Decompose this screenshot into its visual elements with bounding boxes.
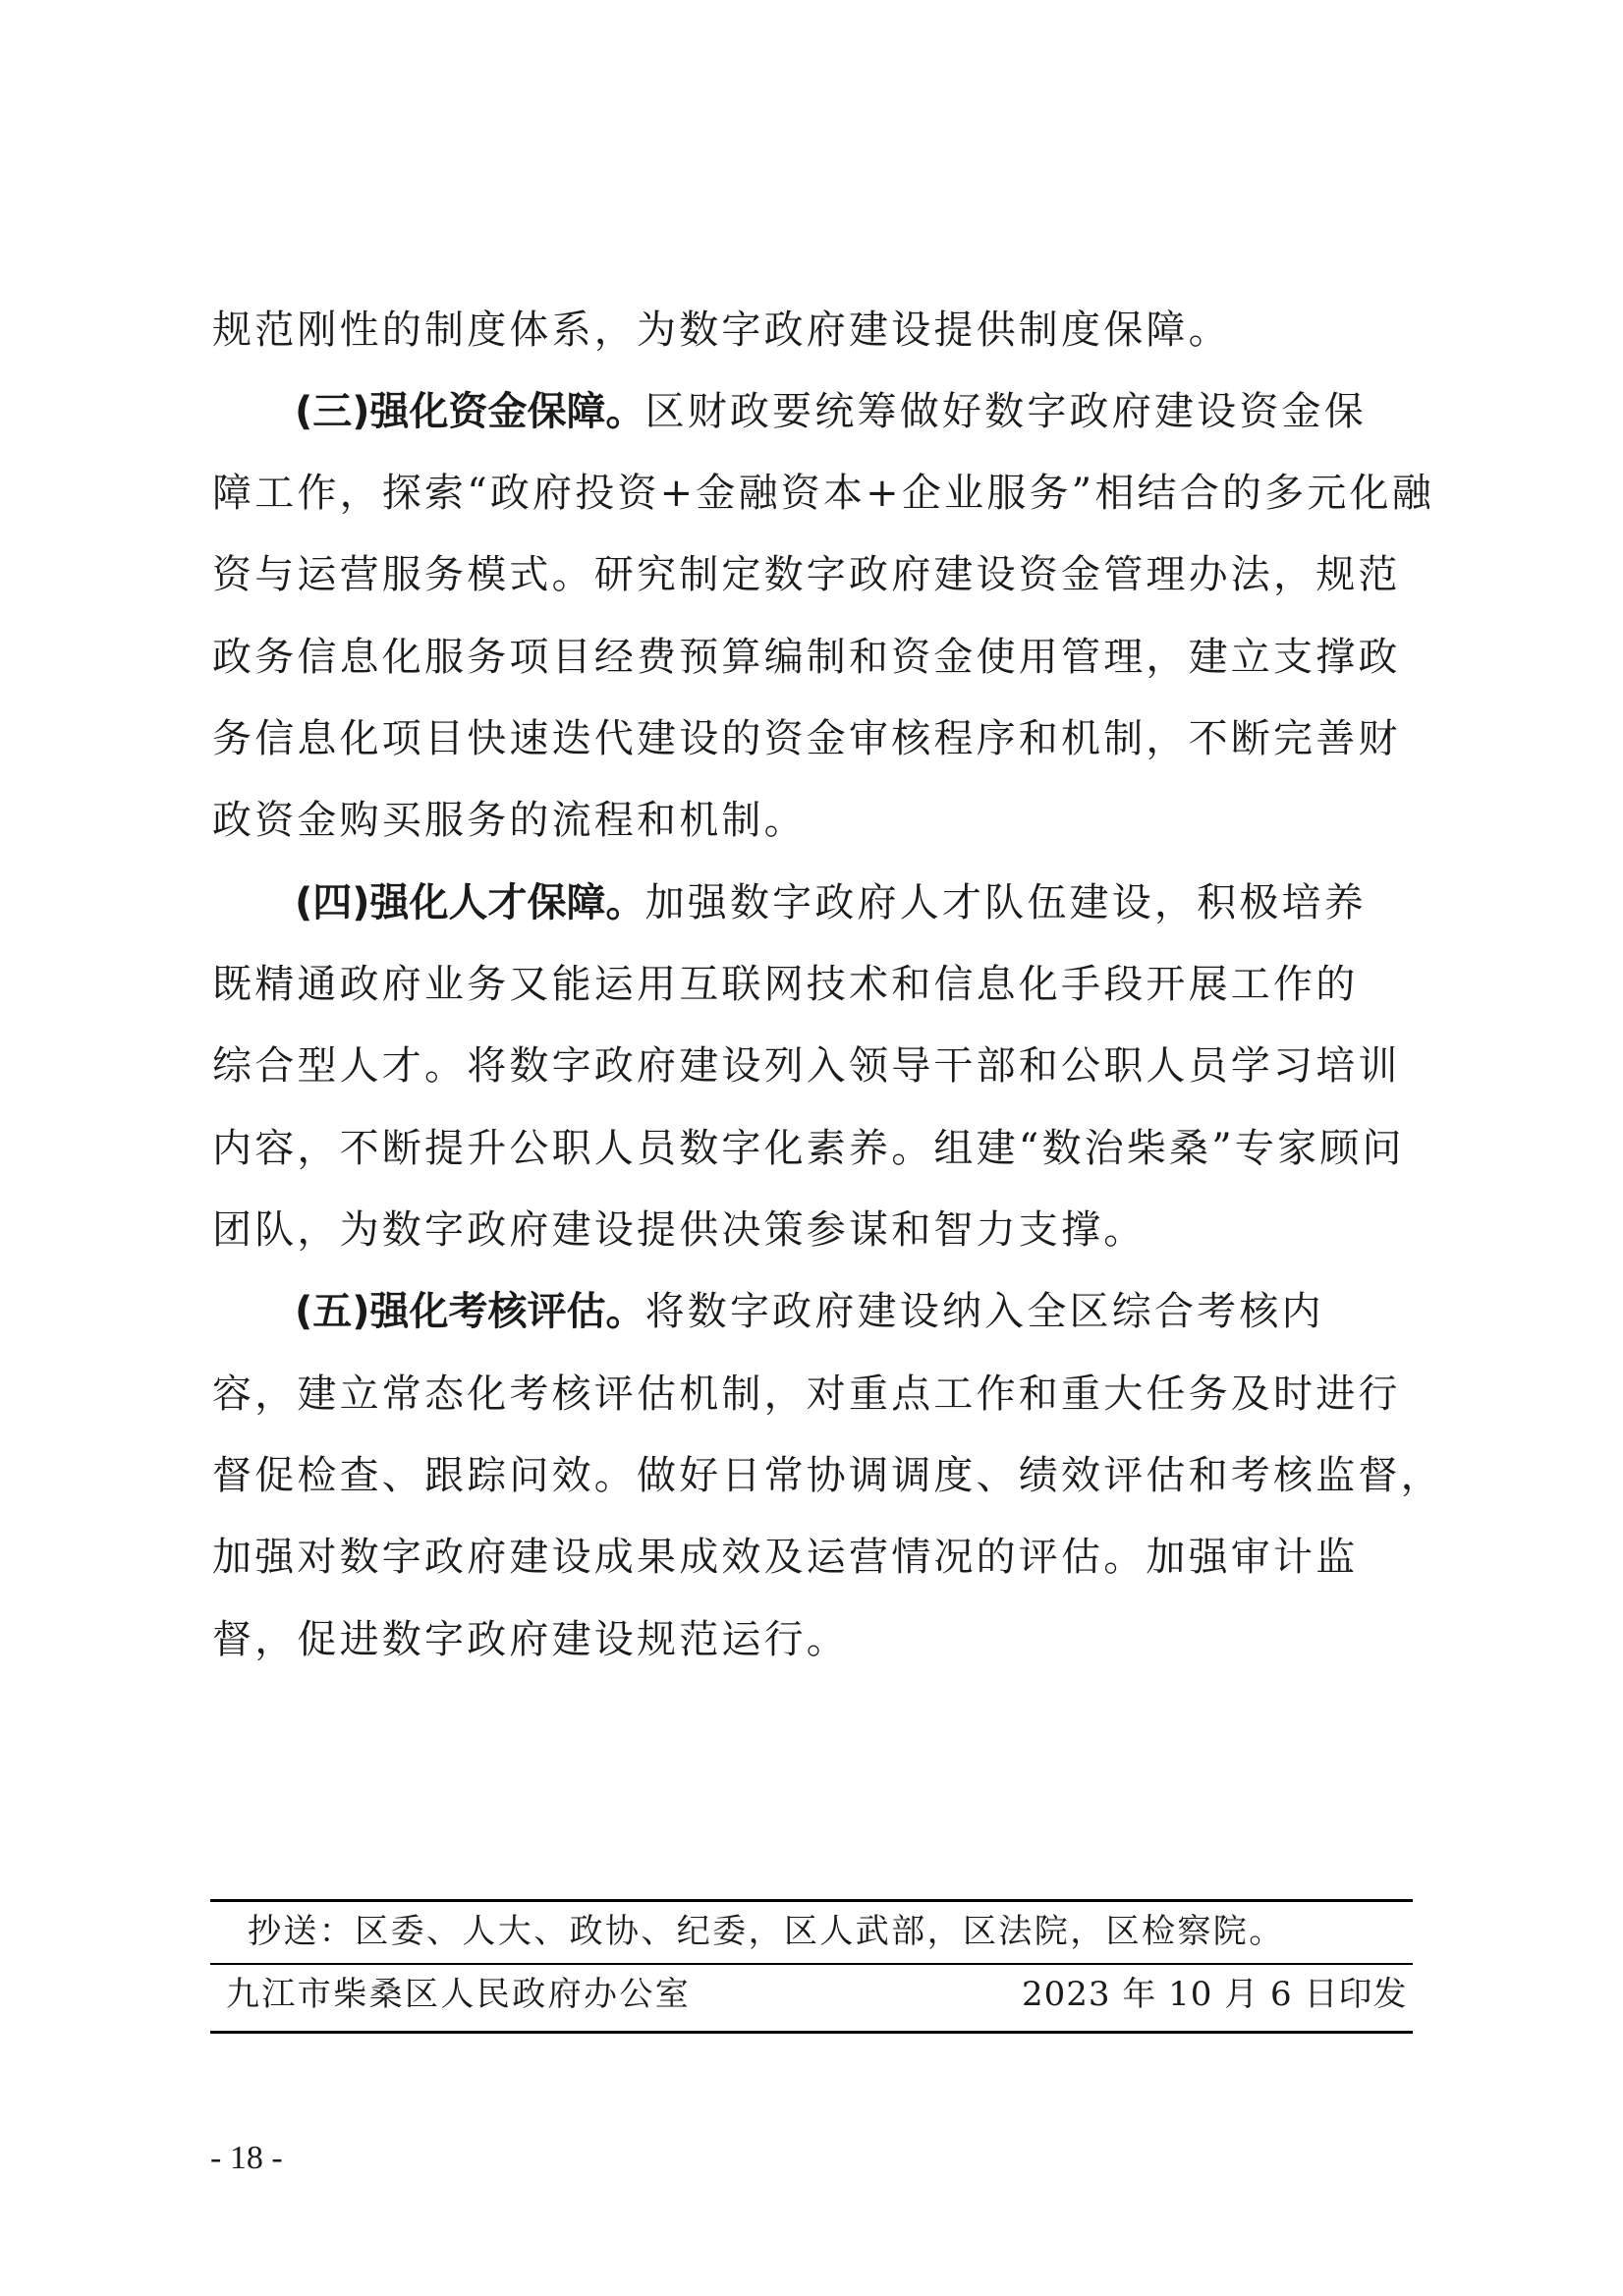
body-line: 团队，为数字政府建设提供决策参谋和智力支撑。 [212, 1206, 1421, 1254]
body-line: 督，促进数字政府建设规范运行。 [212, 1616, 1421, 1663]
document-page: 规范刚性的制度体系，为数字政府建设提供制度保障。 (三)强化资金保障。区财政要统… [0, 0, 1623, 2296]
body-line: 障工作，探索“政府投资+金融资本+企业服务”相结合的多元化融 [212, 470, 1421, 517]
body-text: 区财政要统筹做好数字政府建设资金保 [645, 389, 1367, 434]
footer-top-rule [210, 1899, 1413, 1902]
body-line: 政资金购买服务的流程和机制。 [212, 797, 1421, 844]
body-text: 将数字政府建设纳入全区综合考核内 [645, 1289, 1324, 1334]
body-line: 务信息化项目快速迭代建设的资金审核程序和机制，不断完善财 [212, 715, 1421, 762]
body-line: 容，建立常态化考核评估机制，对重点工作和重大任务及时进行 [212, 1371, 1421, 1418]
section-5-first-line: (五)强化考核评估。将数字政府建设纳入全区综合考核内 [295, 1288, 1503, 1335]
section-4-first-line: (四)强化人才保障。加强数字政府人才队伍建设，积极培养 [295, 879, 1503, 926]
issue-date: 2023 年 10 月 6 日印发 [1022, 1975, 1407, 2014]
body-line: 综合型人才。将数字政府建设列入领导干部和公职人员学习培训 [212, 1042, 1421, 1090]
body-line: 内容，不断提升公职人员数字化素养。组建“数治柴桑”专家顾问 [212, 1125, 1421, 1172]
section-heading: (四)强化人才保障。 [295, 880, 645, 925]
section-3-first-line: (三)强化资金保障。区财政要统筹做好数字政府建设资金保 [295, 388, 1503, 435]
body-line: 规范刚性的制度体系，为数字政府建设提供制度保障。 [212, 307, 1421, 354]
section-heading: (五)强化考核评估。 [295, 1289, 645, 1334]
body-line: 督促检查、跟踪问效。做好日常协调调度、绩效评估和考核监督， [212, 1452, 1421, 1499]
footer-middle-rule [210, 1963, 1413, 1965]
body-line: 加强对数字政府建设成果成效及运营情况的评估。加强审计监 [212, 1534, 1421, 1581]
section-heading: (三)强化资金保障。 [295, 389, 645, 434]
body-line: 资与运营服务模式。研究制定数字政府建设资金管理办法，规范 [212, 551, 1421, 598]
page-number: - 18 - [210, 2140, 283, 2177]
body-line: 既精通政府业务又能运用互联网技术和信息化手段开展工作的 [212, 961, 1421, 1008]
footer-bottom-rule [210, 2031, 1413, 2034]
body-line: 政务信息化服务项目经费预算编制和资金使用管理，建立支撑政 [212, 634, 1421, 681]
issuer-office: 九江市柴桑区人民政府办公室 [226, 1975, 691, 2014]
body-text: 加强数字政府人才队伍建设，积极培养 [645, 880, 1367, 925]
cc-line: 抄送：区委、人大、政协、纪委，区人武部，区法院，区检察院。 [248, 1912, 1285, 1951]
